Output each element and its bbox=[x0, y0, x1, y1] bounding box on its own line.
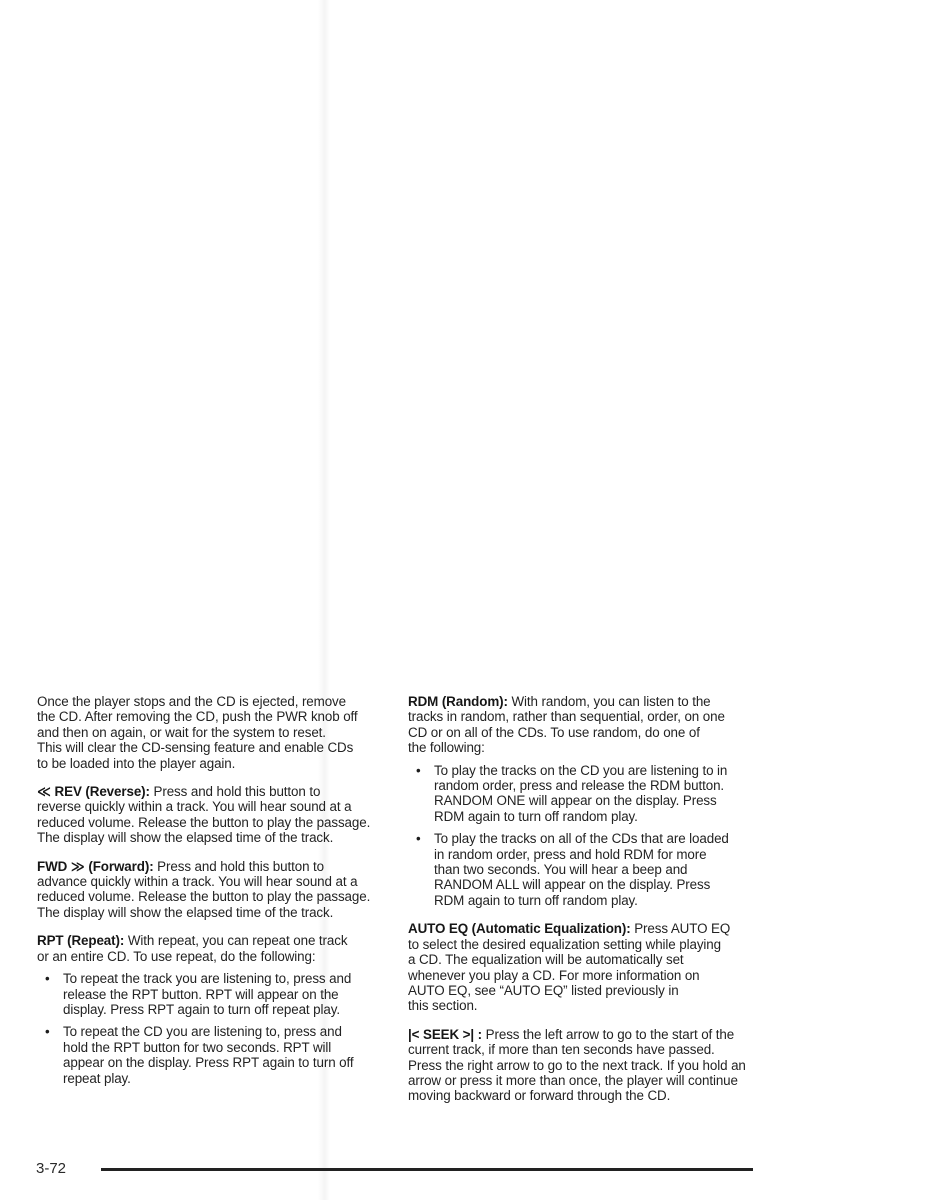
right-column: RDM (Random): With random, you can liste… bbox=[408, 694, 776, 1104]
seek-term-label: |< SEEK >| : bbox=[408, 1027, 482, 1042]
fwd-term-label: FWD ≫ (Forward): bbox=[37, 859, 154, 874]
bullet-icon: • bbox=[45, 971, 63, 1017]
auto-eq-paragraph: AUTO EQ (Automatic Equalization): Press … bbox=[408, 921, 776, 1013]
rdm-paragraph: RDM (Random): With random, you can liste… bbox=[408, 694, 776, 756]
rev-paragraph: ≪ REV (Reverse): Press and hold this but… bbox=[37, 784, 395, 846]
rpt-bullet-2-text: To repeat the CD you are listening to, p… bbox=[63, 1024, 354, 1086]
intro-paragraph: Once the player stops and the CD is ejec… bbox=[37, 694, 395, 771]
left-column: Once the player stops and the CD is ejec… bbox=[37, 694, 395, 1086]
page-number: 3-72 bbox=[36, 1160, 66, 1177]
rpt-bullet-1-text: To repeat the track you are listening to… bbox=[63, 971, 351, 1017]
rdm-term-label: RDM (Random): bbox=[408, 694, 508, 709]
bullet-icon: • bbox=[45, 1024, 63, 1086]
bullet-icon: • bbox=[416, 763, 434, 825]
seek-paragraph: |< SEEK >| : Press the left arrow to go … bbox=[408, 1027, 776, 1104]
auto-eq-term-label: AUTO EQ (Automatic Equalization): bbox=[408, 921, 631, 936]
intro-text: Once the player stops and the CD is ejec… bbox=[37, 694, 358, 771]
rpt-bullet-1: • To repeat the track you are listening … bbox=[37, 971, 395, 1017]
footer-rule bbox=[101, 1168, 753, 1171]
rpt-paragraph: RPT (Repeat): With repeat, you can repea… bbox=[37, 933, 395, 964]
rpt-term-label: RPT (Repeat): bbox=[37, 933, 124, 948]
fwd-paragraph: FWD ≫ (Forward): Press and hold this but… bbox=[37, 859, 395, 921]
rdm-bullet-2-text: To play the tracks on all of the CDs tha… bbox=[434, 831, 729, 908]
rdm-bullet-1-text: To play the tracks on the CD you are lis… bbox=[434, 763, 727, 825]
rdm-bullet-1: • To play the tracks on the CD you are l… bbox=[408, 763, 776, 825]
rdm-bullet-2: • To play the tracks on all of the CDs t… bbox=[408, 831, 776, 908]
bullet-icon: • bbox=[416, 831, 434, 908]
rpt-bullet-2: • To repeat the CD you are listening to,… bbox=[37, 1024, 395, 1086]
rev-term-label: ≪ REV (Reverse): bbox=[37, 784, 150, 799]
